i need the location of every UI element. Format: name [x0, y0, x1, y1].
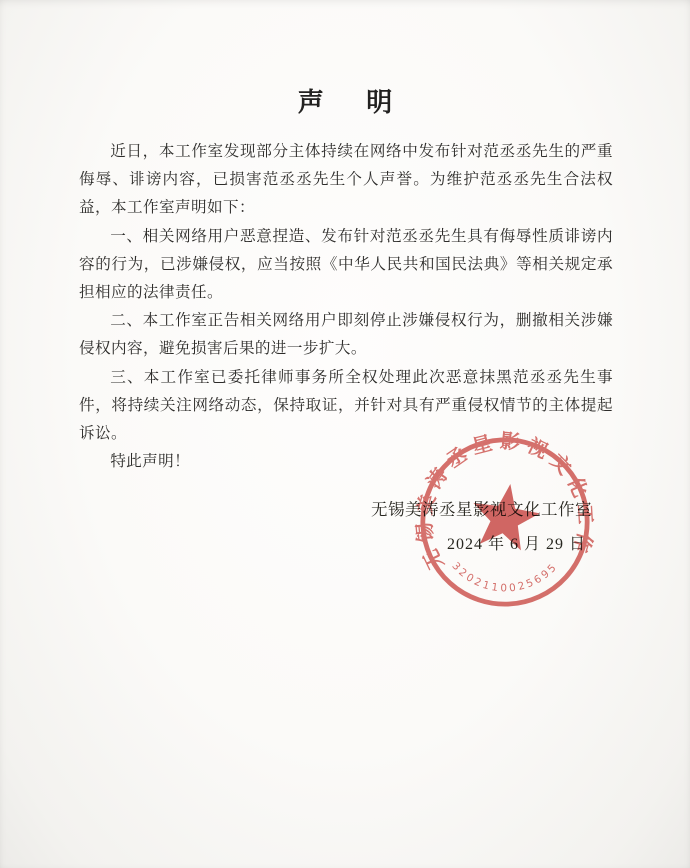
svg-text:3202110025695: 3202110025695	[449, 555, 562, 598]
official-seal: 无锡美涛丞星影视文化工作室 3202110025695	[396, 413, 615, 632]
seal-star-icon	[467, 479, 543, 553]
paragraph-intro: 近日，本工作室发现部分主体持续在网络中发布针对范丞丞先生的严重侮辱、诽谤内容，已…	[79, 138, 613, 223]
document-title: 声 明	[0, 82, 690, 119]
statement-document: 声 明 近日，本工作室发现部分主体持续在网络中发布针对范丞丞先生的严重侮辱、诽谤…	[0, 0, 690, 868]
svg-text:无锡美涛丞星影视文化工作室: 无锡美涛丞星影视文化工作室	[396, 413, 599, 575]
paragraph-item-2: 二、本工作室正告相关网络用户即刻停止涉嫌侵权行为，删撤相关涉嫌侵权内容，避免损害…	[79, 307, 613, 363]
seal-number: 3202110025695	[449, 555, 562, 598]
seal-ring-text: 无锡美涛丞星影视文化工作室	[396, 413, 599, 575]
paragraph-item-1: 一、相关网络用户恶意捏造、发布针对范丞丞先生具有侮辱性质诽谤内容的行为，已涉嫌侵…	[79, 223, 613, 308]
